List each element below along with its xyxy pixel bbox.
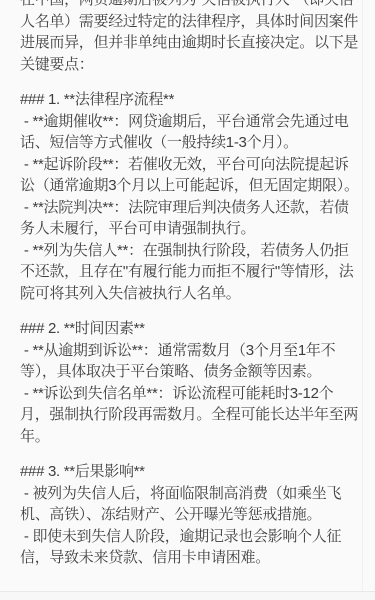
right-edge-hairline — [362, 0, 363, 600]
message-screen: 在中国，网贷逾期后被列为"失信被执行人"（即失信人名单）需要经过特定的法律程序，… — [0, 0, 375, 600]
section-legal-procedure: ### 1. **法律程序流程** - **逾期催收**：网贷逾期后，平台通常会… — [20, 89, 361, 304]
section-time-factors: ### 2. **时间因素** - **从逾期到诉讼**：通常需数月（3个月至1… — [20, 318, 361, 447]
paragraph-intro: 在中国，网贷逾期后被列为"失信被执行人"（即失信人名单）需要经过特定的法律程序，… — [20, 0, 361, 75]
section-consequences: ### 3. **后果影响** - 被列为失信人后，将面临限制高消费（如乘坐飞机… — [20, 461, 361, 569]
below-divider-area — [0, 592, 375, 600]
document-text-container: 在中国，网贷逾期后被列为"失信被执行人"（即失信人名单）需要经过特定的法律程序，… — [20, 0, 361, 569]
